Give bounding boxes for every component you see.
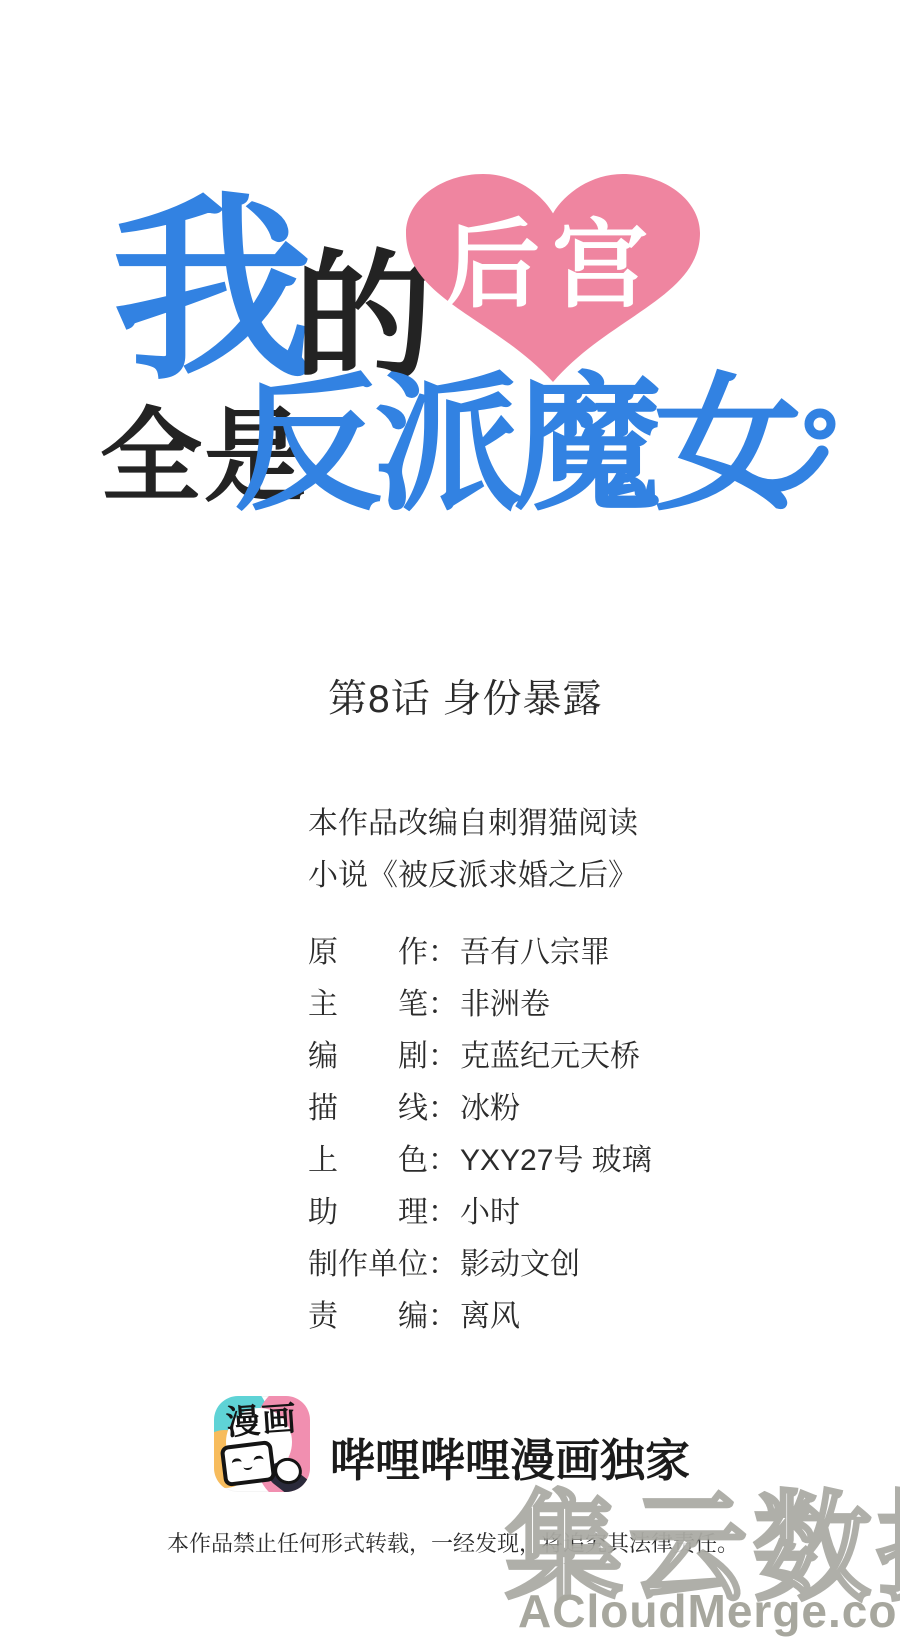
credit-value: 吾有八宗罪: [460, 938, 610, 968]
credit-label: 责 编：: [308, 1302, 458, 1332]
adaptation-note: 本作品改编自刺猬猫阅读 小说《被反派求婚之后》: [308, 798, 638, 902]
credit-label: 主 笔：: [308, 990, 458, 1020]
credit-row-screenwriter: 编 剧： 克蓝纪元天桥: [308, 1042, 652, 1072]
credit-row-original-work: 原 作： 吾有八宗罪: [308, 938, 652, 968]
credit-label: 上 色：: [308, 1146, 458, 1176]
logo-manhua-text: 漫画: [219, 1401, 305, 1441]
credit-row-editor: 责 编： 离风: [308, 1302, 652, 1332]
tv-mascot-icon: [220, 1440, 277, 1487]
credit-value: 非洲卷: [460, 990, 550, 1020]
credit-label: 制作单位：: [308, 1250, 458, 1280]
credit-label: 助 理：: [308, 1198, 458, 1228]
credit-value: 克蓝纪元天桥: [460, 1042, 640, 1072]
credit-row-lead-artist: 主 笔： 非洲卷: [308, 990, 652, 1020]
credit-row-production-studio: 制作单位： 影动文创: [308, 1250, 652, 1280]
adaptation-line-1: 本作品改编自刺猬猫阅读: [308, 798, 638, 850]
title-tail-flourish-icon: [736, 402, 836, 507]
comic-title-page: 我 的 后宫 全是 反派魔女 第8话 身份暴露 本作品改编自刺猬猫阅读 小说《被…: [0, 0, 900, 1650]
credit-value: 冰粉: [460, 1094, 520, 1124]
title-heart-word: 后宫: [444, 218, 660, 314]
title-word-my: 我: [112, 192, 312, 392]
adaptation-line-2: 小说《被反派求婚之后》: [308, 850, 638, 902]
title-word-villain-witches: 反派魔女: [234, 372, 794, 520]
bilibili-manga-logo: 漫画: [214, 1396, 310, 1492]
credit-row-assistant: 助 理： 小时: [308, 1198, 652, 1228]
credit-row-coloring: 上 色： YXY27号 玻璃: [308, 1146, 652, 1176]
credit-label: 描 线：: [308, 1094, 458, 1124]
bilibili-exclusive-label: 哔哩哔哩漫画独家: [330, 1424, 690, 1489]
credit-label: 编 剧：: [308, 1042, 458, 1072]
credit-value: 影动文创: [460, 1250, 580, 1280]
watermark-url: ACloudMerge.com: [518, 1588, 900, 1634]
credits-list: 原 作： 吾有八宗罪 主 笔： 非洲卷 编 剧： 克蓝纪元天桥 描 线： 冰粉 …: [308, 938, 652, 1332]
credit-value: 离风: [460, 1302, 520, 1332]
credit-row-line-art: 描 线： 冰粉: [308, 1094, 652, 1124]
chapter-title: 第8话 身份暴露: [328, 668, 603, 724]
credit-value: YXY27号 玻璃: [460, 1146, 652, 1176]
credit-value: 小时: [460, 1198, 520, 1228]
credit-label: 原 作：: [308, 938, 458, 968]
